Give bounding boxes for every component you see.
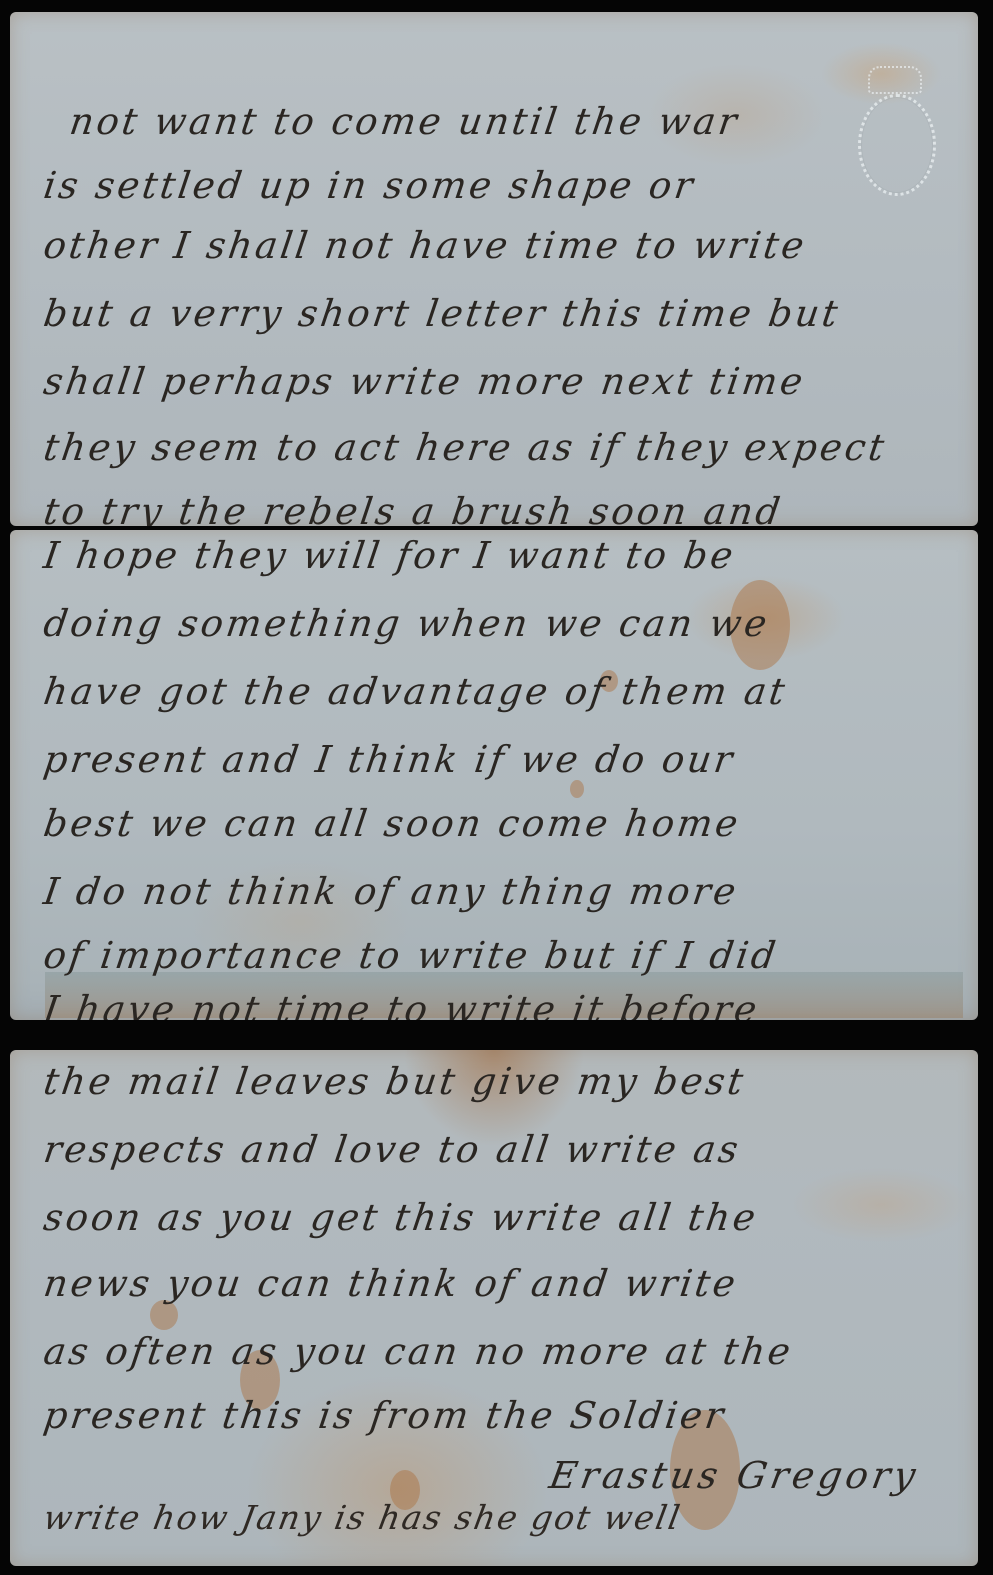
letter-line: the mail leaves but give my best — [41, 1060, 749, 1103]
letter-line: doing something when we can we — [41, 602, 772, 645]
letter-line: respects and love to all write as — [41, 1128, 744, 1171]
signature: Erastus Gregory — [546, 1454, 922, 1497]
letter-line: present and I think if we do our — [41, 738, 738, 781]
postscript: write how Jany is has she got well — [41, 1498, 685, 1537]
letter-panel-top: not want to come until the war is settle… — [10, 12, 978, 526]
letter-line: other I shall not have time to write — [41, 224, 810, 267]
letter-line: have got the advantage of them at — [41, 670, 790, 713]
letter-line: best we can all soon come home — [41, 802, 743, 845]
letter-line: soon as you get this write all the — [41, 1196, 761, 1239]
letter-line: is settled up in some shape or — [41, 164, 698, 207]
letter-line: of importance to write but if I did — [41, 934, 781, 977]
letter-line: present this is from the Soldier — [41, 1394, 729, 1437]
letter-line: not want to come until the war — [67, 100, 742, 143]
letter-line: as often as you can no more at the — [41, 1330, 796, 1373]
letter-panel-bottom: the mail leaves but give my best respect… — [10, 1050, 978, 1566]
letter-line: but a verry short letter this time but — [41, 292, 843, 335]
letter-line: news you can think of and write — [41, 1262, 741, 1305]
letter-line: to try the rebels a brush soon and — [41, 490, 786, 526]
letter-line: shall perhaps write more next time — [41, 360, 808, 403]
letter-line: I have not time to write it before — [41, 988, 762, 1020]
letter-panel-middle: I hope they will for I want to be doing … — [10, 530, 978, 1020]
letter-line: I do not think of any thing more — [41, 870, 741, 913]
letter-line: they seem to act here as if they expect — [41, 426, 890, 469]
letter-line: I hope they will for I want to be — [41, 534, 739, 577]
